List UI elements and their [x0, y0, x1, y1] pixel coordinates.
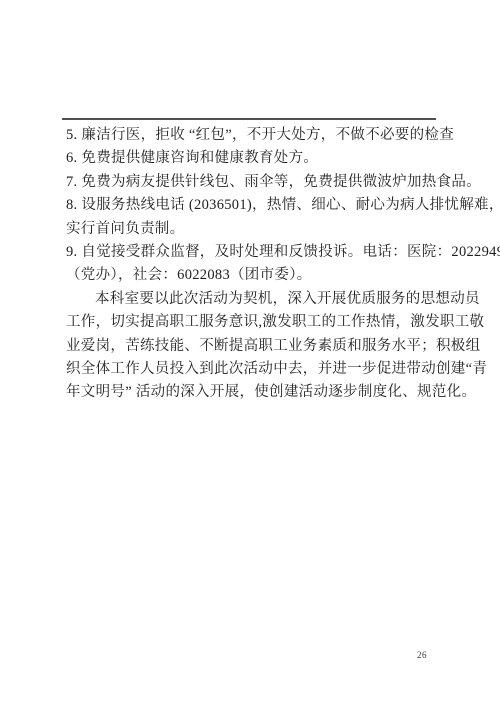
- list-item-5: 5. 廉洁行医，拒收 “红包”，不开大处方，不做不必要的检查: [66, 124, 440, 147]
- list-item-8-line-1: 8. 设服务热线电话 (2036501)，热情、细心、耐心为病人排忧解难，: [66, 194, 440, 217]
- header-rule: [62, 118, 436, 120]
- closing-paragraph-line-2: 工作，切实提高职工服务意识,激发职工的工作热情，激发职工敬: [66, 311, 440, 334]
- closing-paragraph-line-5: 年文明号” 活动的深入开展，使创建活动逐步制度化、规范化。: [66, 381, 440, 404]
- list-item-7: 7. 免费为病友提供针线包、雨伞等，免费提供微波炉加热食品。: [66, 171, 440, 194]
- page-number: 26: [411, 650, 433, 660]
- closing-paragraph-line-1: 本科室要以此次活动为契机，深入开展优质服务的思想动员: [66, 288, 440, 311]
- document-body: 5. 廉洁行医，拒收 “红包”，不开大处方，不做不必要的检查 6. 免费提供健康…: [66, 124, 440, 405]
- list-item-6: 6. 免费提供健康咨询和健康教育处方。: [66, 147, 440, 170]
- closing-paragraph-line-4: 织全体工作人员投入到此次活动中去，并进一步促进带动创建“青: [66, 358, 440, 381]
- list-item-9-line-2: （党办），社会：6022083（团市委）。: [66, 264, 440, 287]
- list-item-8-line-2: 实行首问负责制。: [66, 218, 440, 241]
- list-item-9-line-1: 9. 自觉接受群众监督，及时处理和反馈投诉。电话：医院：2022949: [66, 241, 440, 264]
- closing-paragraph-line-3: 业爱岗，苦练技能、不断提高职工业务素质和服务水平；积极组: [66, 335, 440, 358]
- document-page: 5. 廉洁行医，拒收 “红包”，不开大处方，不做不必要的检查 6. 免费提供健康…: [0, 0, 500, 707]
